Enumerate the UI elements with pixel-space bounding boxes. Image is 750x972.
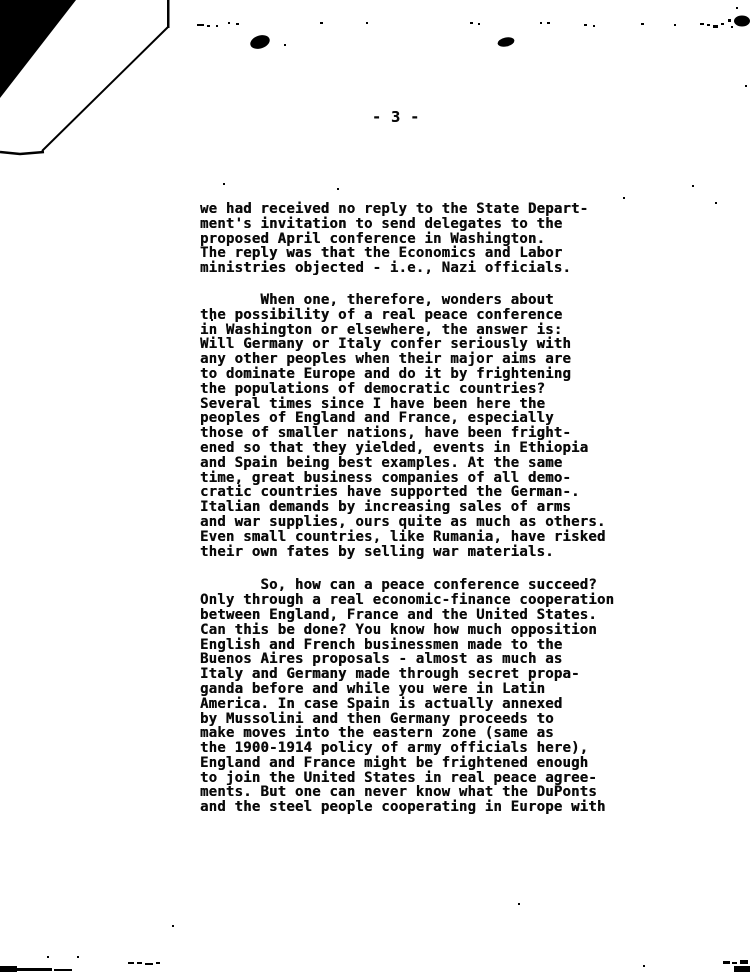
corner-fold-shadow: [0, 0, 76, 98]
scanned-letter-page: - 3 - we had received no reply to the St…: [0, 0, 750, 972]
top-right-smudge: [700, 7, 750, 28]
crease-line-horizontal: [0, 152, 44, 154]
paragraph-3: So, how can a peace conference succeed? …: [200, 578, 630, 815]
crease-line-diagonal: [42, 27, 168, 151]
crease-line-vertical: [167, 0, 170, 28]
letter-body: we had received no reply to the State De…: [200, 202, 630, 815]
bottom-right-edge-bar: [723, 960, 750, 972]
page-number: - 3 -: [372, 108, 420, 126]
paragraph-2: When one, therefore, wonders about the p…: [200, 293, 630, 559]
paragraph-1: we had received no reply to the State De…: [200, 202, 630, 276]
ink-blob-left: [248, 33, 271, 52]
bottom-left-edge-bar: [0, 962, 160, 972]
top-dotted-debris: [197, 22, 676, 27]
ink-blob-right: [497, 36, 515, 48]
